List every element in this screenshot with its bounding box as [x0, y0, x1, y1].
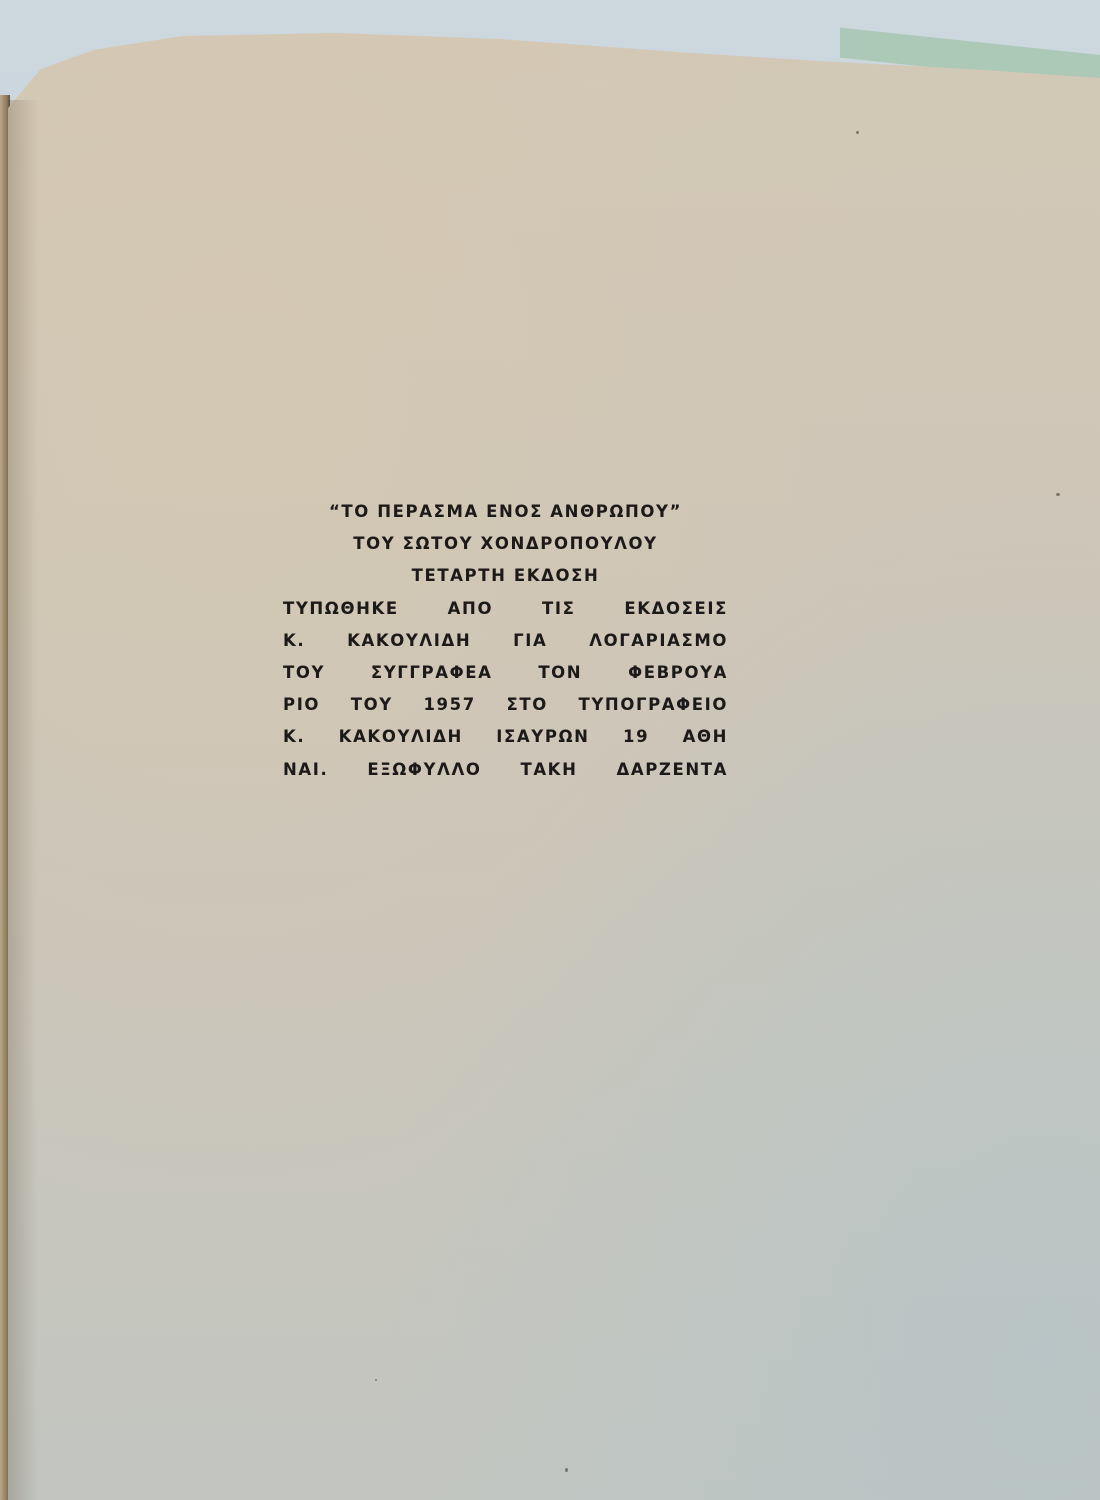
gutter-shadow: [8, 100, 38, 1500]
paper-speck: [375, 1379, 377, 1381]
colophon-text-line: ΝΑΙ. ΕΞΩΦΥΛΛΟ ΤΑΚΗ ΔΑΡΖΕΝΤΑ: [283, 754, 728, 786]
paper-speck: [856, 131, 859, 134]
colophon-block: “ΤΟ ΠΕΡΑΣΜΑ ΕΝΟΣ ΑΝΘΡΩΠΟΥ” ΤΟΥ ΣΩΤΟΥ ΧΟΝ…: [283, 496, 728, 786]
colophon-text-line: Κ. ΚΑΚΟΥΛΙΔΗ ΙΣΑΥΡΩΝ 19 ΑΘΗ: [283, 721, 728, 753]
paper-speck: [565, 1468, 568, 1472]
colophon-text-line: ΤΟΥ ΣΥΓΓΡΑΦΕΑ ΤΟΝ ΦΕΒΡΟΥΑ: [283, 657, 728, 689]
paper-speck: [1056, 493, 1060, 496]
colophon-text-line: ΤΥΠΩΘΗΚΕ ΑΠΟ ΤΙΣ ΕΚΔΟΣΕΙΣ: [283, 593, 728, 625]
book-title: “ΤΟ ΠΕΡΑΣΜΑ ΕΝΟΣ ΑΝΘΡΩΠΟΥ”: [283, 496, 728, 528]
author-line: ΤΟΥ ΣΩΤΟΥ ΧΟΝΔΡΟΠΟΥΛΟΥ: [283, 528, 728, 560]
edition-line: ΤΕΤΑΡΤΗ ΕΚΔΟΣΗ: [283, 560, 728, 592]
colophon-text-line: Κ. ΚΑΚΟΥΛΙΔΗ ΓΙΑ ΛΟΓΑΡΙΑΣΜΟ: [283, 625, 728, 657]
colophon-text-line: ΡΙΟ ΤΟΥ 1957 ΣΤΟ ΤΥΠΟΓΡΑΦΕΙΟ: [283, 689, 728, 721]
